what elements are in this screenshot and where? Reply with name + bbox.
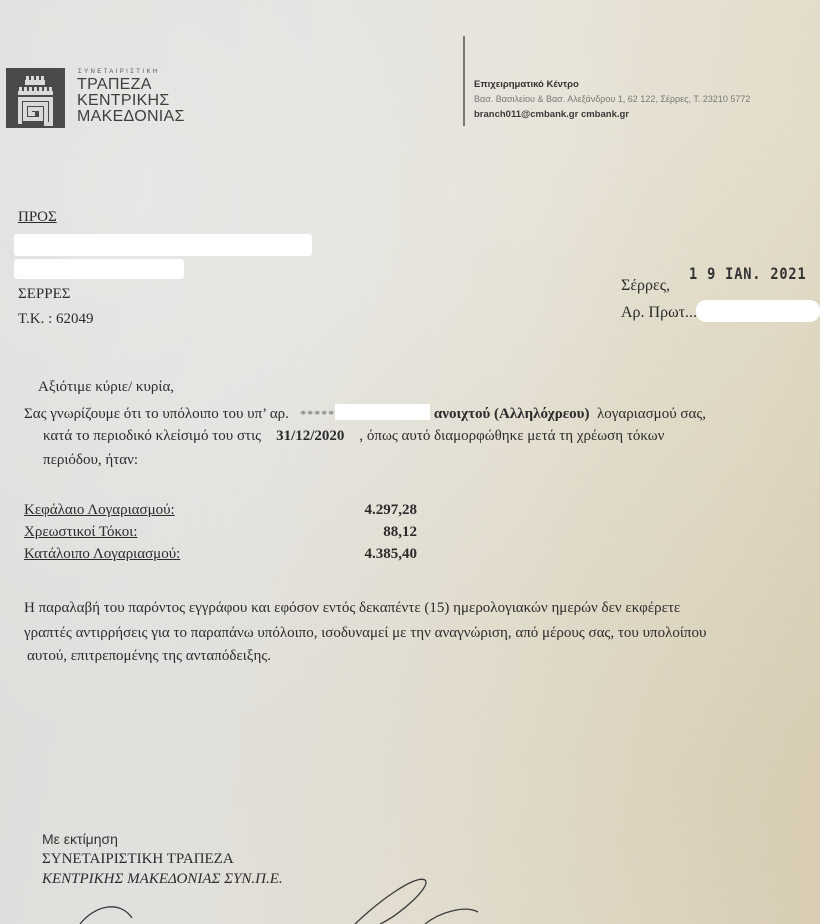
greeting: Αξιότιμε κύριε/ κυρία, — [38, 379, 174, 396]
redacted-account-number — [335, 404, 430, 420]
bank-name-line: ΚΕΝΤΡΙΚΗΣ — [77, 93, 185, 109]
closing-salutation: Με εκτίμηση — [42, 831, 118, 847]
notice-line-3: αυτού, επιτρεπομένης της ανταπόδειξης. — [27, 648, 271, 665]
bank-logo — [6, 68, 65, 128]
dateline-place: Σέρρες, — [621, 277, 670, 295]
branch-title: Επιχειρηματικό Κέντρο — [474, 79, 579, 90]
body-line-3: περιόδου, ήταν: — [43, 452, 138, 469]
account-type: ανοιχτού (Αλληλόχρεου) — [434, 406, 590, 422]
redacted-protocol-number — [696, 300, 820, 322]
body-line-2-tail: , όπως αυτό διαμορφώθηκε μετά τη χρέωση … — [359, 428, 664, 444]
balance-value-total: 4.385,40 — [365, 546, 418, 563]
recipient-city: ΣΕΡΡΕΣ — [18, 286, 70, 303]
castle-tower-meander-icon — [6, 68, 65, 128]
notice-line-1: Η παραλαβή του παρόντος εγγράφου και εφό… — [24, 600, 680, 617]
balance-value-interest: 88,12 — [383, 524, 417, 541]
notice-line-2: γραπτές αντιρρήσεις για το παραπάνω υπόλ… — [24, 625, 706, 642]
masked-account-number: ***** — [300, 407, 335, 421]
balance-label-total: Κατάλοιπο Λογαριασμού: — [24, 546, 180, 563]
date-stamp: 1 9 ΙΑΝ. 2021 — [689, 264, 806, 283]
redacted-recipient-address — [14, 259, 184, 279]
balance-label-capital: Κεφάλαιο Λογαριασμού: — [24, 502, 175, 519]
bank-logo-small-caption: ΣΥΝΕΤΑΙΡΙΣΤΙΚΗ — [78, 69, 160, 75]
body-line-1-tail: λογαριασμού σας, — [597, 406, 706, 422]
redacted-recipient-name — [14, 234, 312, 256]
balance-label-interest: Χρεωστικοί Τόκοι: — [24, 524, 137, 541]
signatory-line-2: ΚΕΝΤΡΙΚΗΣ ΜΑΚΕΔΟΝΙΑΣ ΣΥΝ.Π.Ε. — [42, 871, 283, 888]
body-line-1: Σας γνωρίζουμε ότι το υπόλοιπο του υπ’ α… — [24, 404, 706, 423]
recipient-postal-code: Τ.Κ. : 62049 — [18, 311, 94, 328]
closing-date: 31/12/2020 — [276, 428, 344, 444]
bank-name-line: ΜΑΚΕΔΟΝΙΑΣ — [77, 109, 185, 125]
bank-logo-name: ΤΡΑΠΕΖΑ ΚΕΝΤΡΙΚΗΣ ΜΑΚΕΔΟΝΙΑΣ — [77, 77, 185, 125]
balance-value-capital: 4.297,28 — [365, 502, 418, 519]
recipient-to-label: ΠΡΟΣ — [18, 209, 57, 226]
header-divider — [463, 36, 465, 126]
body-line-2-text: κατά το περιοδικό κλείσιμό του στις — [43, 428, 261, 444]
bank-name-line: ΤΡΑΠΕΖΑ — [77, 77, 185, 93]
signatory-line-1: ΣΥΝΕΤΑΙΡΙΣΤΙΚΗ ΤΡΑΠΕΖΑ — [42, 851, 234, 868]
body-line-2: κατά το περιοδικό κλείσιμό του στις 31/1… — [43, 428, 664, 445]
body-line-1-text: Σας γνωρίζουμε ότι το υπόλοιπο του υπ’ α… — [24, 406, 289, 422]
branch-address: Βασ. Βασιλείου & Βασ. Αλεξάνδρου 1, 62 1… — [474, 94, 750, 104]
branch-contact: branch011@cmbank.gr cmbank.gr — [474, 109, 629, 120]
